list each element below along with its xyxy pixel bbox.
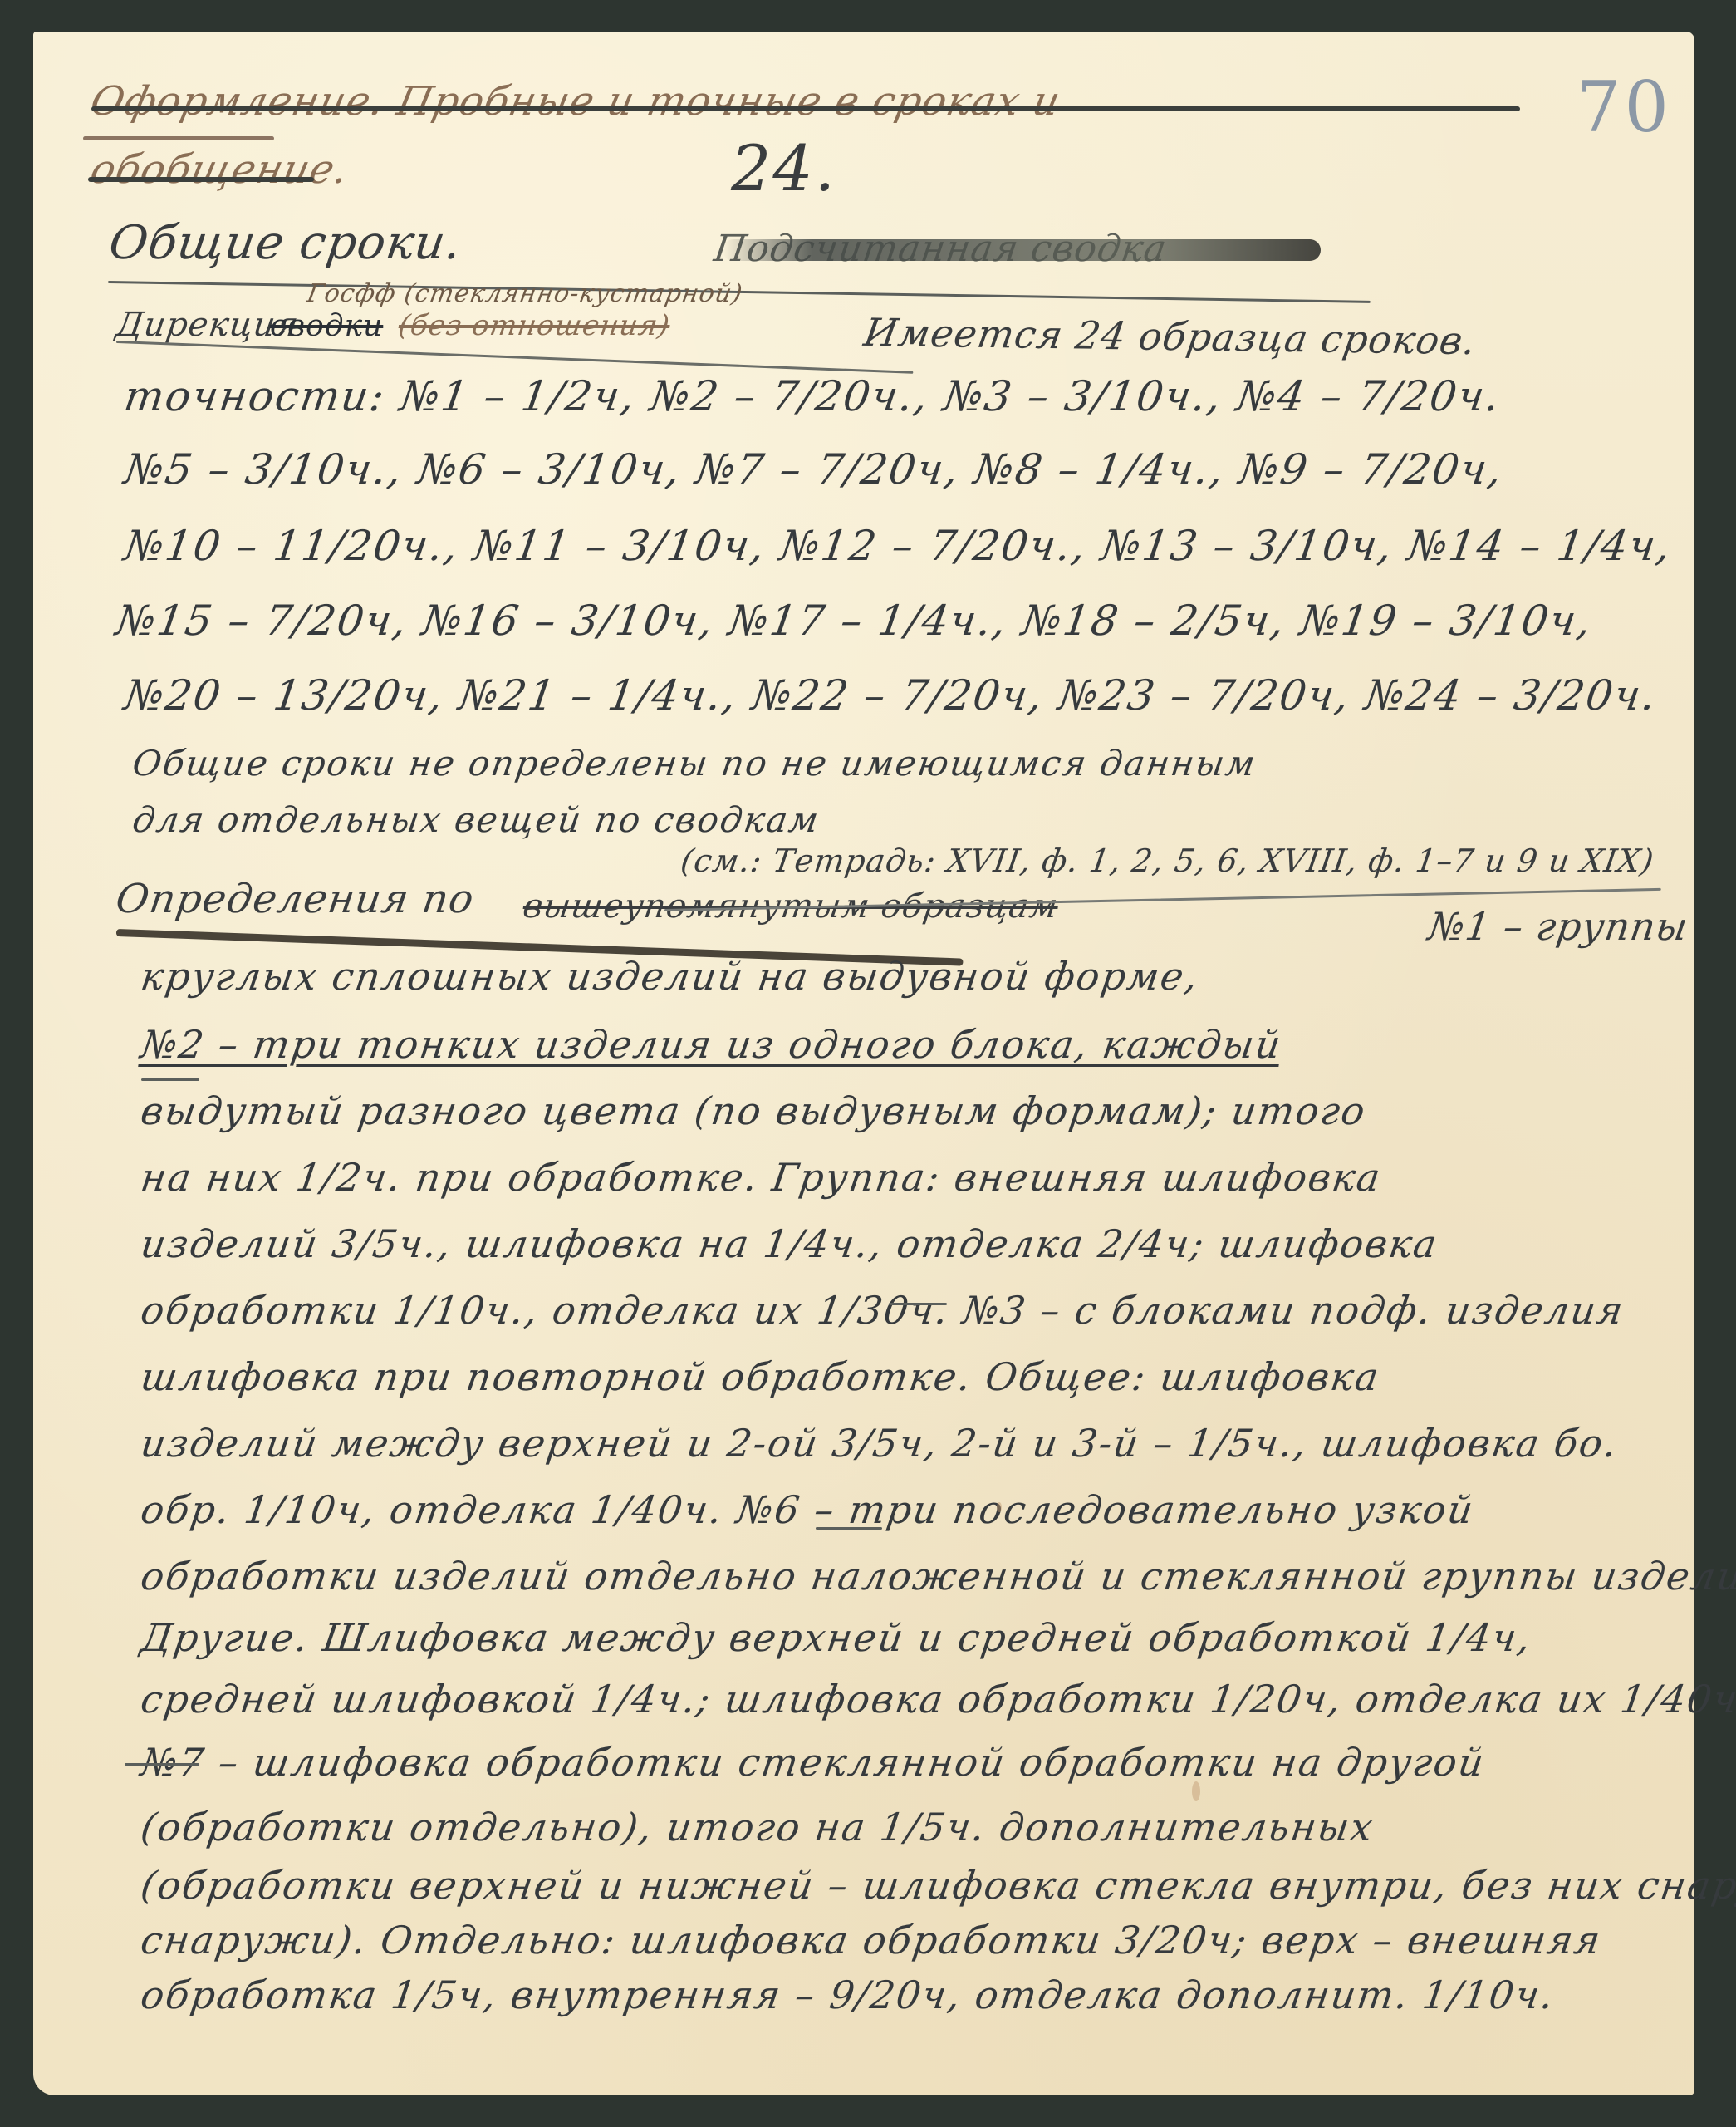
- paragraph-line-4: на них 1/2ч. при обработке. Группа: внеш…: [138, 1155, 1385, 1200]
- paragraph-line-8: изделий между верхней и 2-ой 3/5ч, 2-й и…: [138, 1421, 1621, 1466]
- paragraph-line-15: (обработки верхней и нижней – шлифовка с…: [138, 1863, 1736, 1908]
- marker-underline-no7: [125, 1763, 199, 1766]
- paragraph-line-9: обр. 1/10ч, отделка 1/40ч. №6 – три посл…: [138, 1487, 1477, 1532]
- intro-struck-word: сводки: [270, 309, 383, 343]
- struck-title-line-1: Оформление. Пробные и точные в сроках и: [86, 78, 1065, 125]
- body-line-1: Общие сроки не определены по не имеющимс…: [130, 743, 1260, 784]
- intro-insert-above: Госфф (стеклянно-кустарной): [305, 279, 745, 308]
- paragraph-line-6: обработки 1/10ч., отделка их 1/30ч. №3 –…: [138, 1288, 1627, 1333]
- paragraph-line-10: обработки изделий отдельно наложенной и …: [138, 1554, 1736, 1599]
- item-list-line-5: №20 – 13/20ч, №21 – 1/4ч., №22 – 7/20ч, …: [121, 671, 1660, 720]
- paragraph-line-13: №7 – шлифовка обработки стеклянной обраб…: [138, 1740, 1488, 1785]
- ink-smudge-strike: [723, 239, 1321, 261]
- section-title: Общие сроки.: [105, 216, 465, 270]
- manuscript-page: Оформление. Пробные и точные в сроках и …: [33, 32, 1694, 2095]
- paper-stain: [1192, 1781, 1200, 1801]
- paragraph-line-1: круглых сплошных изделий на выдувной фор…: [138, 954, 1202, 999]
- paragraph-line-17: обработка 1/5ч, внутренняя – 9/20ч, отде…: [138, 1972, 1557, 2017]
- intro-tail: Имеется 24 образца сроков.: [861, 310, 1479, 363]
- paragraph-line-3: выдутый разного цвета (по выдувным форма…: [138, 1088, 1369, 1133]
- subsection-tail: №1 – группы: [1425, 904, 1691, 949]
- page-heading: 24.: [731, 131, 836, 205]
- item-list-line-1: точности: №1 – 1/2ч, №2 – 7/20ч., №3 – 3…: [121, 372, 1504, 420]
- paragraph-line-11: Другие. Шлифовка между верхней и средней…: [138, 1615, 1534, 1660]
- strike-through-title-2: [88, 177, 314, 182]
- subsection-title: Определения по: [113, 876, 477, 922]
- paragraph-line-2: №2 – три тонких изделия из одного блока,…: [138, 1022, 1285, 1067]
- paragraph-line-16: снаружи). Отдельно: шлифовка обработки 3…: [138, 1918, 1604, 1962]
- item-list-line-2: №5 – 3/10ч., №6 – 3/10ч, №7 – 7/20ч, №8 …: [121, 445, 1507, 494]
- folio-number: 70: [1577, 66, 1672, 148]
- item-list-line-3: №10 – 11/20ч., №11 – 3/10ч, №12 – 7/20ч.…: [121, 522, 1675, 570]
- item-list-line-4: №15 – 7/20ч, №16 – 3/10ч, №17 – 1/4ч., №…: [113, 597, 1596, 645]
- paragraph-line-12: средней шлифовкой 1/4ч.; шлифовка обрабо…: [138, 1677, 1736, 1722]
- body-line-2: для отдельных вещей по сводкам: [130, 799, 823, 840]
- marker-underline-no2: [141, 1078, 199, 1081]
- paragraph-line-5: изделий 3/5ч., шлифовка на 1/4ч., отделк…: [138, 1221, 1441, 1266]
- struck-title-line-2: обобщение.: [86, 146, 353, 193]
- paragraph-line-7: шлифовка при повторной обработке. Общее:…: [138, 1354, 1383, 1399]
- reference-insert: (см.: Тетрадь: XVII, ф. 1, 2, 5, 6, XVII…: [679, 842, 1657, 879]
- paragraph-line-14: (обработки отдельно), итого на 1/5ч. доп…: [138, 1805, 1377, 1849]
- marker-underline-no3: [889, 1303, 947, 1305]
- intro-struck-bracket: (без отношения): [396, 309, 672, 342]
- title-underline-brown: [83, 136, 274, 140]
- marker-underline-no6: [816, 1527, 882, 1530]
- intro-underline: [116, 341, 913, 374]
- paper-stain: [997, 1502, 1002, 1512]
- strike-through-title-1: [91, 106, 1520, 111]
